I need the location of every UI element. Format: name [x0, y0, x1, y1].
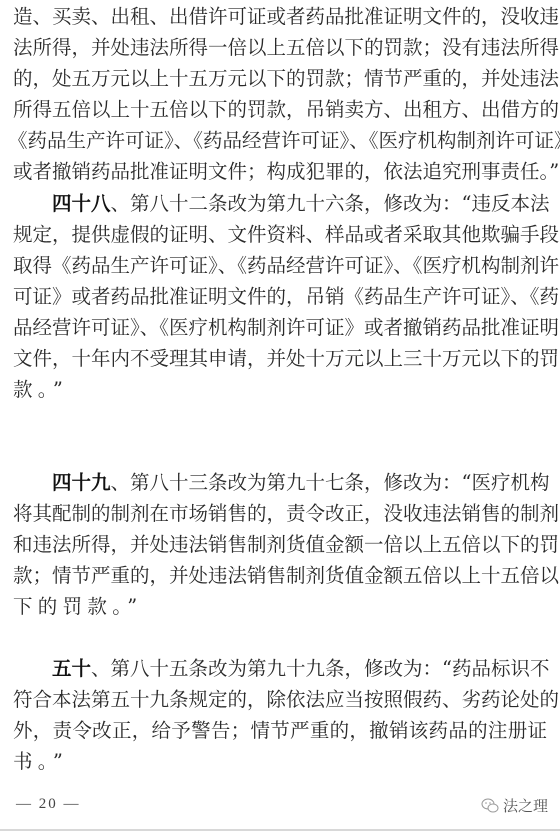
page-number: — 20 — — [16, 796, 81, 813]
text-line: 所得五倍以上十五倍以下的罚款，吊销卖方、出租方、出借方的 — [13, 97, 547, 123]
item-number: 四十八 — [52, 192, 111, 215]
document-page: 造、买卖、出租、出借许可证或者药品批准证明文件的，没收违 法所得，并处违法所得一… — [0, 0, 560, 831]
text-line: 法所得，并处违法所得一倍以上五倍以下的罚款；没有违法所得 — [13, 35, 547, 61]
article-item-48-heading: 四十八、第八十二条改为第九十六条，修改为：“违反本法 — [52, 191, 547, 217]
text-line: 款。” — [13, 377, 547, 403]
text-line: 品经营许可证》、《医疗机构制剂许可证》或者撤销药品批准证明 — [13, 315, 547, 341]
watermark: 法之理 — [481, 795, 548, 816]
text-line: 下的罚款。” — [13, 594, 547, 620]
text-line: 规定，提供虚假的证明、文件资料、样品或者采取其他欺骗手段 — [13, 222, 547, 248]
text-line: 《药品生产许可证》、《药品经营许可证》、《医疗机构制剂许可证》 — [8, 128, 552, 154]
text-line: 可证》或者药品批准证明文件的，吊销《药品生产许可证》、《药 — [13, 284, 547, 310]
text-line: 文件，十年内不受理其申请，并处十万元以上三十万元以下的罚 — [13, 346, 547, 372]
text-line: 取得《药品生产许可证》、《药品经营许可证》、《医疗机构制剂许 — [13, 253, 547, 279]
text-line: 外，责令改正，给予警告；情节严重的，撤销该药品的注册证 — [13, 718, 547, 744]
article-item-50-heading: 五十、第八十五条改为第九十九条，修改为：“药品标识不 — [52, 656, 547, 682]
watermark-text: 法之理 — [503, 795, 548, 816]
item-text: 、第八十三条改为第九十七条，修改为：“医疗机构 — [111, 471, 550, 494]
text-line: 符合本法第五十九条规定的，除依法应当按照假药、劣药论处的 — [13, 687, 547, 713]
text-line: 款；情节严重的，并处违法销售制剂货值金额五倍以上十五倍以 — [13, 563, 547, 589]
wechat-icon — [481, 798, 499, 814]
item-text: 、第八十二条改为第九十六条，修改为：“违反本法 — [111, 192, 550, 215]
text-line: 造、买卖、出租、出借许可证或者药品批准证明文件的，没收违 — [13, 4, 547, 30]
item-text: 、第八十五条改为第九十九条，修改为：“药品标识不 — [91, 657, 549, 680]
text-line: 将其配制的制剂在市场销售的，责令改正，没收违法销售的制剂 — [13, 501, 547, 527]
item-number: 五十 — [52, 657, 91, 680]
text-line: 和违法所得，并处违法销售制剂货值金额一倍以上五倍以下的罚 — [13, 532, 547, 558]
item-number: 四十九 — [52, 471, 111, 494]
text-line: 或者撤销药品批准证明文件；构成犯罪的，依法追究刑事责任。” — [13, 159, 547, 185]
text-line: 书。” — [13, 749, 547, 775]
text-line: 的，处五万元以上十五万元以下的罚款；情节严重的，并处违法 — [13, 66, 547, 92]
article-item-49-heading: 四十九、第八十三条改为第九十七条，修改为：“医疗机构 — [52, 470, 547, 496]
